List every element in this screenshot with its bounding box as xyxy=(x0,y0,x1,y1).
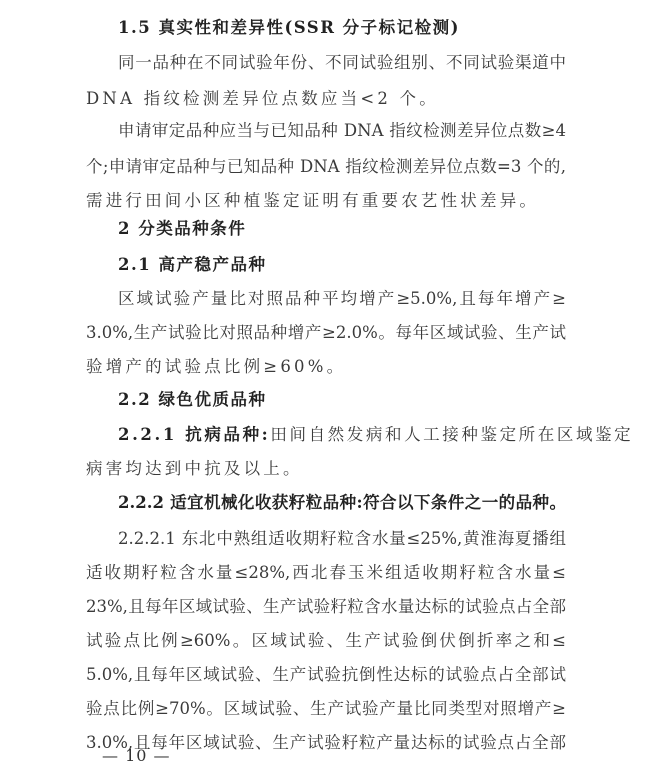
paragraph-line: 个;申请审定品种与已知品种 DNA 指纹检测差异位点数=3 个的, xyxy=(86,156,566,178)
paragraph-line: 申请审定品种应当与已知品种 DNA 指纹检测差异位点数≥4 xyxy=(118,120,566,142)
paragraph-line: 区域试验产量比对照品种平均增产≥5.0%,且每年增产≥ xyxy=(118,288,566,310)
section-heading-2-2: 2.2 绿色优质品种 xyxy=(118,389,566,411)
paragraph-line: 23%,且每年区域试验、生产试验籽粒含水量达标的试验点占全部 xyxy=(86,596,566,618)
paragraph-line: 验增产的试验点比例≥60%。 xyxy=(86,356,566,378)
paragraph-line: 5.0%,且每年区域试验、生产试验抗倒性达标的试验点占全部试 xyxy=(86,664,566,686)
document-page: 1.5 真实性和差异性(SSR 分子标记检测) 同一品种在不同试验年份、不同试验… xyxy=(0,0,650,778)
paragraph-line: 3.0%,生产试验比对照品种增产≥2.0%。每年区域试验、生产试 xyxy=(86,322,566,344)
section-heading-2-1: 2.1 高产稳产品种 xyxy=(118,254,566,276)
paragraph-line: 试验点比例≥60%。区域试验、生产试验倒伏倒折率之和≤ xyxy=(86,630,566,652)
paragraph-line: 需进行田间小区种植鉴定证明有重要农艺性状差异。 xyxy=(86,190,566,212)
paragraph-line: 病害均达到中抗及以上。 xyxy=(86,458,566,480)
paragraph-text: 田间自然发病和人工接种鉴定所在区域鉴定 xyxy=(270,425,633,444)
section-heading-2-2-2: 2.2.2 适宜机械化收获籽粒品种:符合以下条件之一的品种。 xyxy=(118,492,566,514)
section-heading-2: 2 分类品种条件 xyxy=(118,218,566,240)
page-number: — 10 — xyxy=(102,746,171,765)
paragraph-line: 同一品种在不同试验年份、不同试验组别、不同试验渠道中 xyxy=(118,52,566,74)
section-heading-1-5: 1.5 真实性和差异性(SSR 分子标记检测) xyxy=(118,17,566,39)
paragraph-line: DNA 指纹检测差异位点数应当<2 个。 xyxy=(86,88,566,110)
paragraph-line: 适收期籽粒含水量≤28%,西北春玉米组适收期籽粒含水量≤ xyxy=(86,562,566,584)
paragraph-line: 验点比例≥70%。区域试验、生产试验产量比同类型对照增产≥ xyxy=(86,698,566,720)
subsection-label-2-2-1: 2.2.1 抗病品种: xyxy=(118,425,270,444)
paragraph-line: 2.2.2.1 东北中熟组适收期籽粒含水量≤25%,黄淮海夏播组 xyxy=(118,528,566,550)
paragraph-line: 2.2.1 抗病品种:田间自然发病和人工接种鉴定所在区域鉴定 xyxy=(118,424,566,446)
